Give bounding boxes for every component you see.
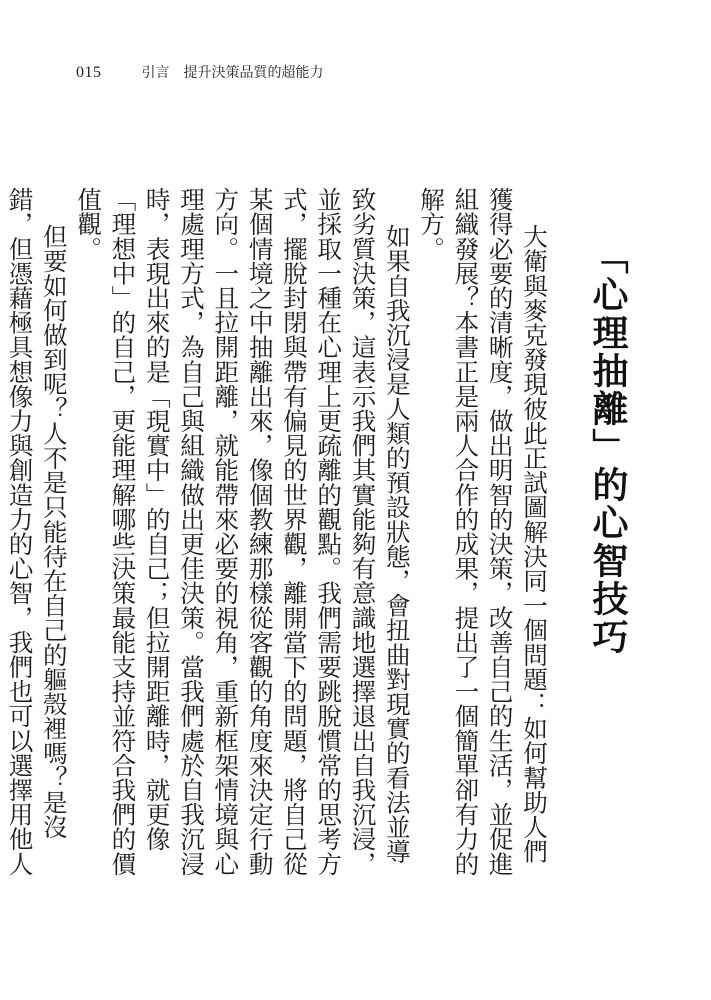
- paragraph-3: 但要如何做到呢？人不是只能待在自己的軀殼裡嗎？是沒錯，但憑藉極具想像力與創造力的…: [0, 187, 71, 887]
- running-head: 015 引言 提升決策品質的超能力: [76, 62, 324, 82]
- paragraph-3-text-before: 但要如何做到呢？人不是只能待在自己的軀殼裡嗎？是沒錯，但憑藉極具想像力與創造力的…: [0, 187, 69, 876]
- chapter-title: 提升決策品質的超能力: [184, 62, 324, 82]
- paragraph-1: 大衛與麥克發現彼此正試圖解決同一個問題：如何幫助人們獲得必要的清晰度，做出明智的…: [414, 187, 551, 887]
- paragraph-2: 如果自我沉浸是人類的預設狀態，會扭曲對現實的看法並導致劣質決策，這表示我們其實能…: [71, 187, 414, 887]
- chapter-label: 引言: [142, 62, 170, 82]
- page-number: 015: [76, 64, 102, 82]
- section-title: 「心理抽離」的心智技巧: [588, 238, 628, 656]
- body-text: 大衛與麥克發現彼此正試圖解決同一個問題：如何幫助人們獲得必要的清晰度，做出明智的…: [0, 187, 551, 887]
